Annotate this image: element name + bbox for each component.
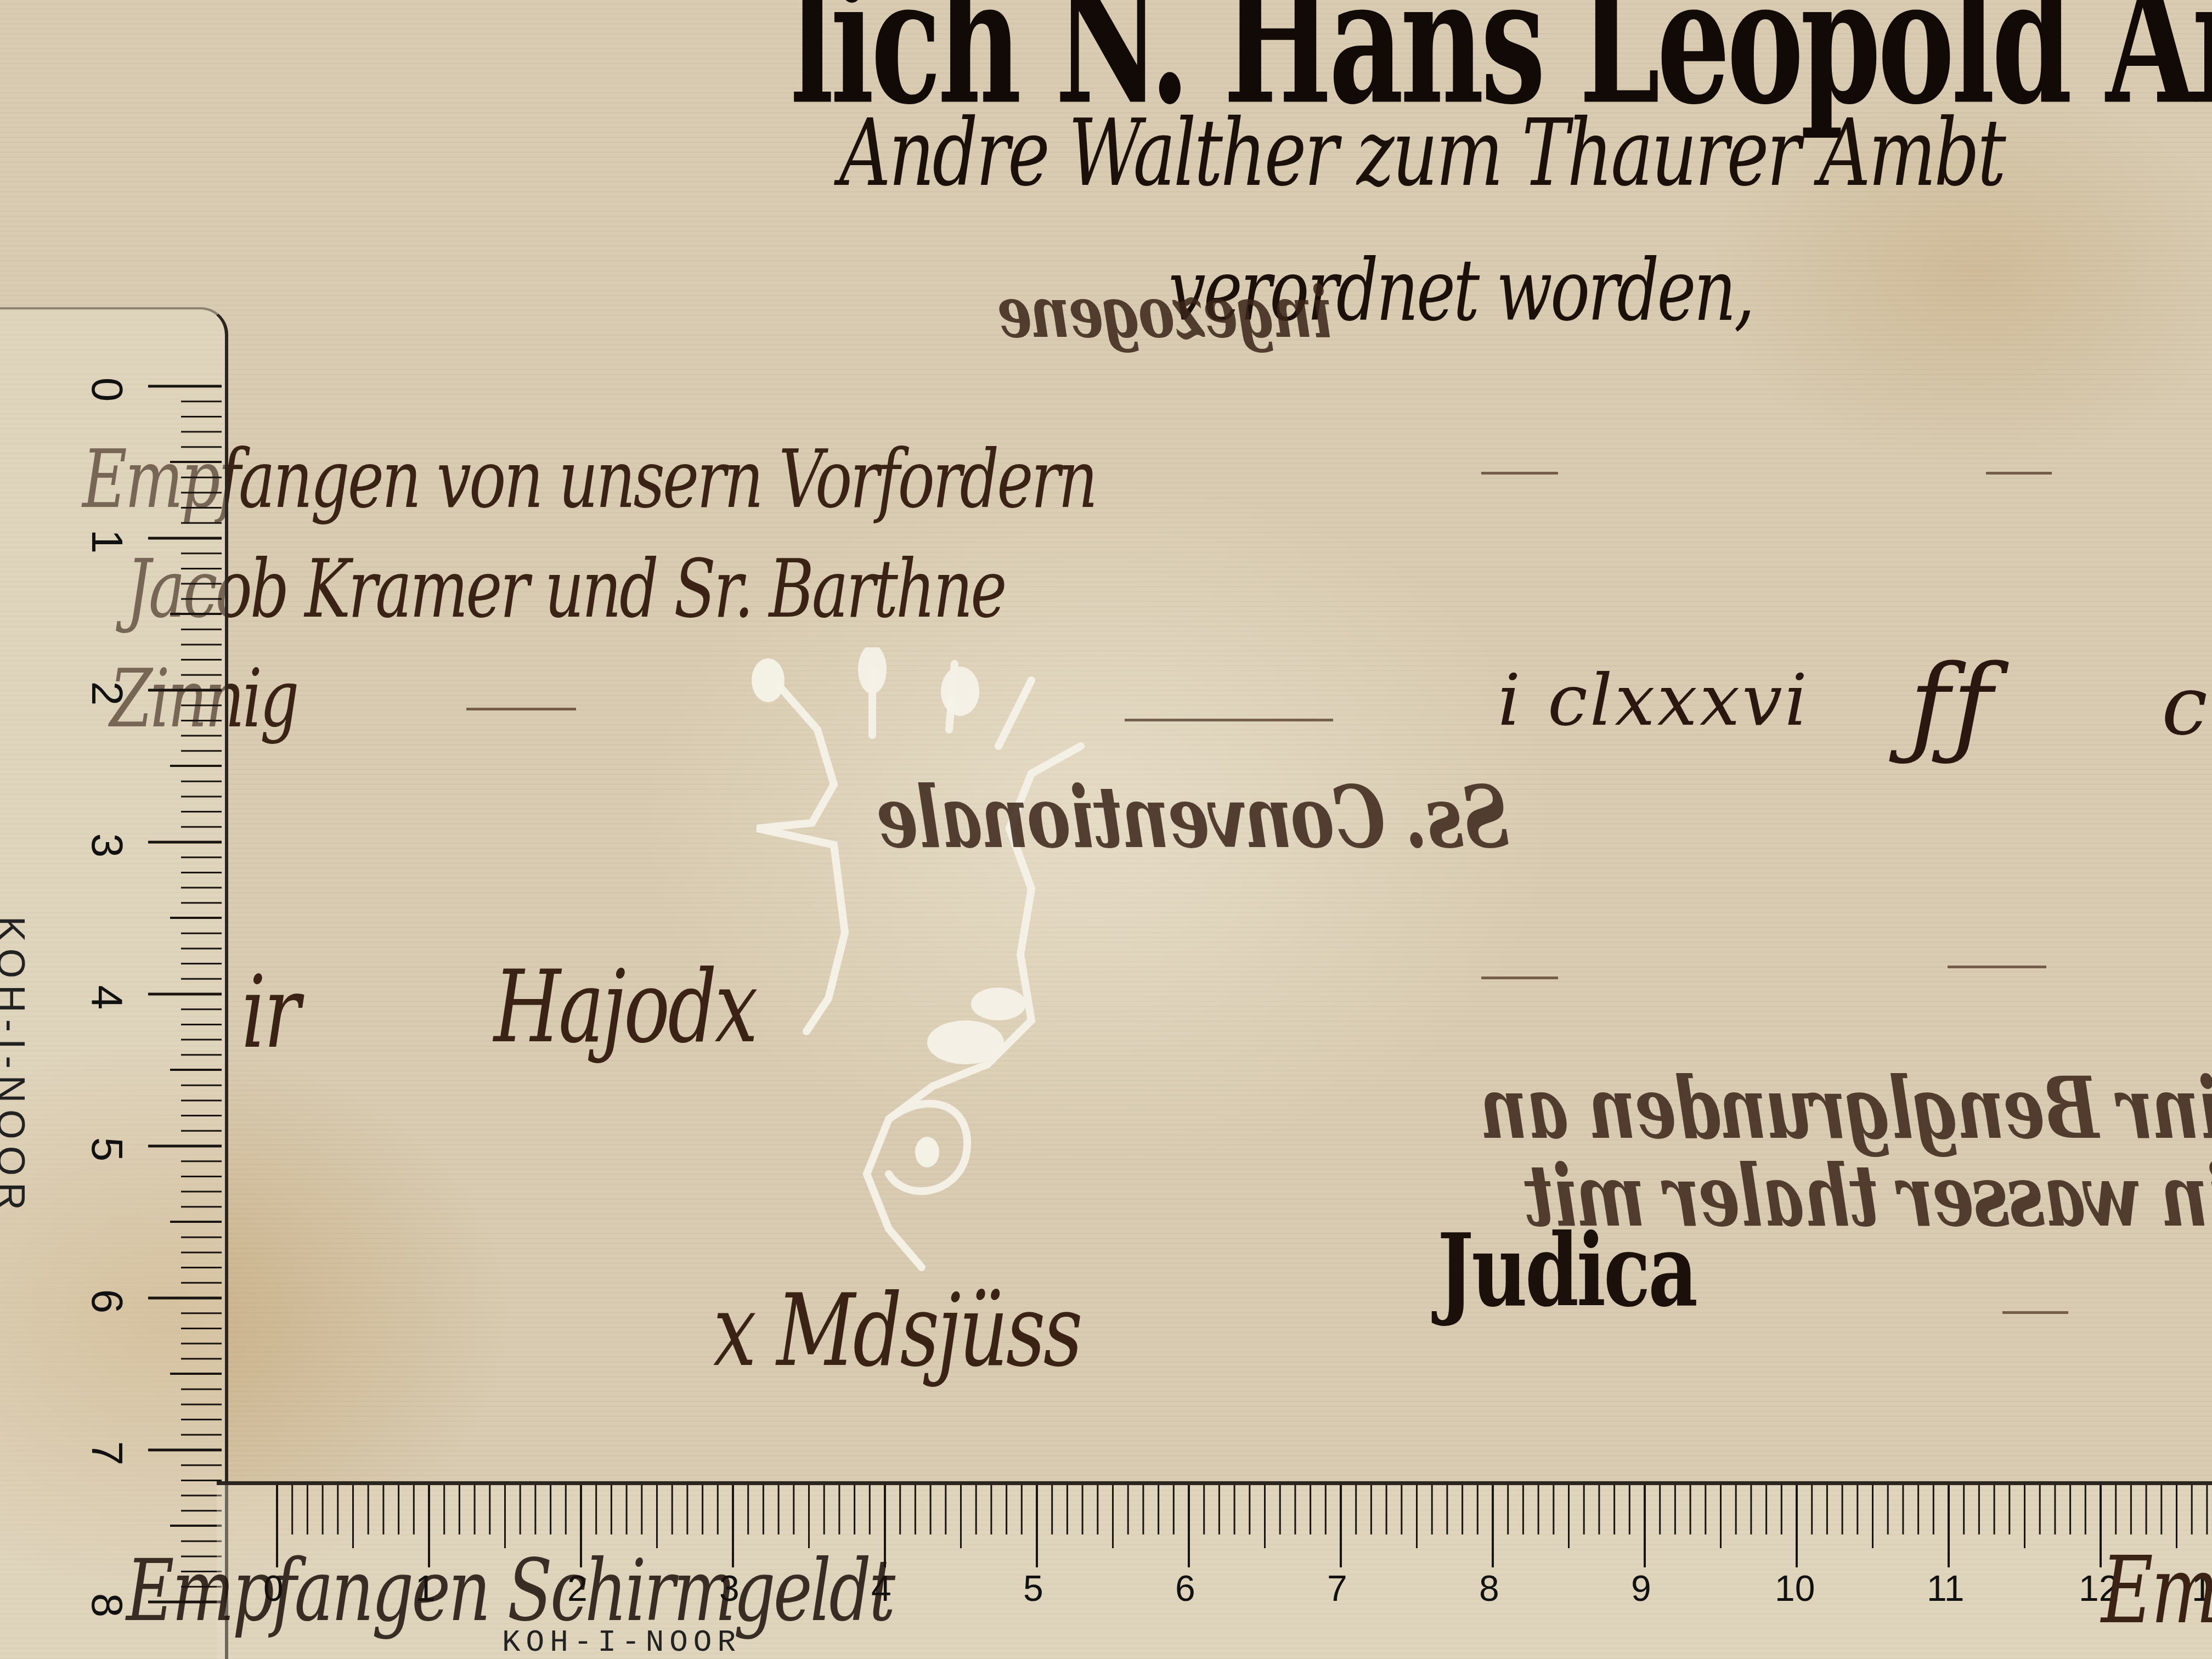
ruler-v-label-6: 6 <box>82 1277 132 1326</box>
scribble-bottom: x Mdsjüss <box>713 1273 1081 1389</box>
dash-mark <box>1481 472 1558 475</box>
ruler-h-label-10: 10 <box>1775 1567 1815 1609</box>
edge-mark: c <box>2162 658 2210 754</box>
ruler-v-label-8: 8 <box>82 1581 132 1630</box>
ruler-v-label-5: 5 <box>82 1125 132 1174</box>
ruler-h-label-11: 11 <box>1927 1567 1965 1609</box>
ruler-h-label-9: 9 <box>1631 1567 1651 1609</box>
scribble-hajodx: Hajodx <box>494 949 756 1065</box>
ruler-h-label-8: 8 <box>1479 1567 1499 1609</box>
bleed-through-text-middle: Ss. Conventionale <box>878 768 1509 868</box>
ruler-h-label-5: 5 <box>1023 1567 1043 1609</box>
text-line-jacob-kramer: Jacob Kramer und Sr. Barthne <box>126 543 1005 636</box>
text-bottom-right-fragment: Em <box>2101 1536 2212 1645</box>
ruler-v-label-2: 2 <box>82 669 132 718</box>
scribble-ir: ir <box>241 955 298 1071</box>
text-line-andre-walther: Andre Walther zum Thaurer Ambt <box>839 99 2004 207</box>
ruler-v-label-0: 0 <box>82 365 132 414</box>
ruler-v-brand: KOH-I-NOOR <box>0 916 33 1217</box>
ruler-v-label-1: 1 <box>82 517 132 566</box>
dash-mark <box>1986 472 2052 475</box>
text-line-bottom-fragment: Empfangen Schirmgeldt <box>126 1542 893 1641</box>
vertical-ruler: 0 1 2 3 4 5 6 7 8 <box>0 307 228 1659</box>
dash-mark <box>1948 966 2046 968</box>
dash-mark <box>1125 719 1333 721</box>
dash-mark <box>466 708 576 710</box>
ruler-v-label-3: 3 <box>82 821 132 870</box>
white-hand-drawing-icon <box>724 647 1108 1295</box>
bleed-through-text-right-1: s. Ainr Benglgrunden an <box>1481 1058 2212 1159</box>
ruler-h-label-6: 6 <box>1175 1567 1195 1609</box>
roman-numeral-note: i clxxxvi <box>1498 658 1809 742</box>
dash-mark <box>1481 977 1558 979</box>
ruler-v-label-4: 4 <box>82 973 132 1022</box>
ruler-h-label-7: 7 <box>1327 1567 1347 1609</box>
ruler-v-label-7: 7 <box>82 1429 132 1478</box>
florin-mark: ƒƒ <box>1909 642 1995 770</box>
bleed-through-text-top: ingezogene <box>998 270 1332 354</box>
text-line-empfangen: Empfangen von unsern Vorfordern <box>82 433 1096 526</box>
text-judica: Judica <box>1437 1212 1696 1329</box>
dash-mark <box>2002 1311 2068 1314</box>
